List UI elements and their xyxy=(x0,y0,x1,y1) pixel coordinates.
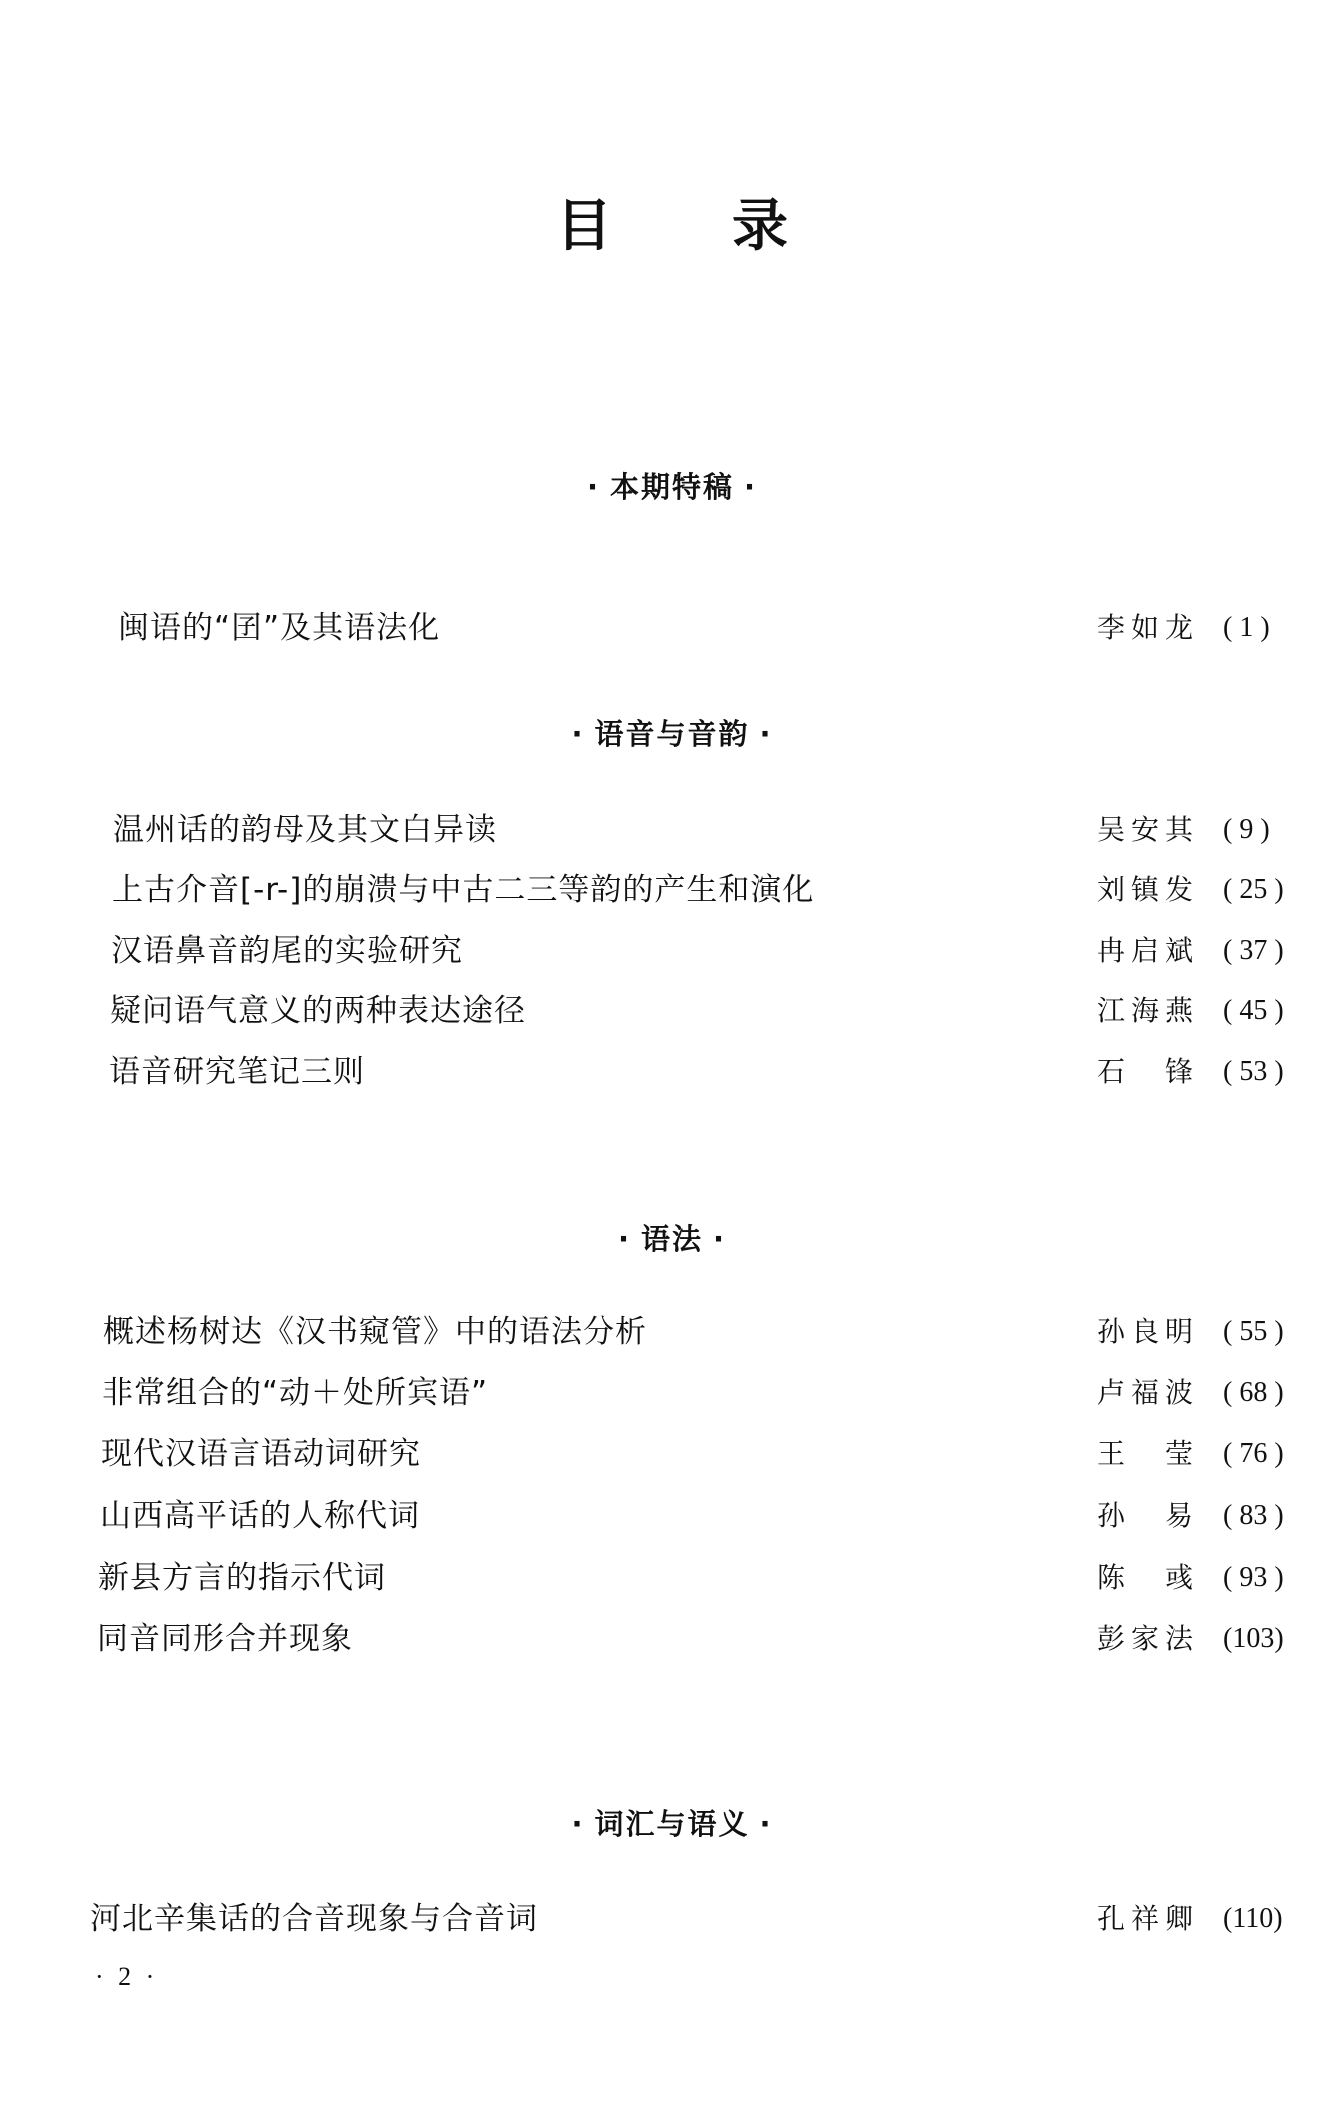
entry-page: (103) xyxy=(1223,1617,1303,1661)
entry-author: 石 锋 xyxy=(1097,1050,1223,1094)
entry-page: (110) xyxy=(1223,1897,1303,1941)
entry-page: ( 68 ) xyxy=(1223,1371,1303,1415)
dot-leader xyxy=(510,1371,1083,1415)
section-heading-label: 语法 xyxy=(641,1222,703,1256)
entry-author: 江海燕 xyxy=(1097,989,1223,1033)
toc-entry[interactable]: 闽语的“囝”及其语法化 李如龙 ( 1 ) xyxy=(118,606,1303,650)
toc-entry[interactable]: 上古介音[-r-]的崩溃与中古二三等韵的产生和演化 刘镇发 ( 25 ) xyxy=(112,868,1303,912)
entry-author: 陈 彧 xyxy=(1097,1556,1223,1600)
section-heading-special: ·本期特稿· xyxy=(0,465,1344,506)
entry-author: 孙 易 xyxy=(1097,1494,1223,1538)
page-title: 目录 xyxy=(0,182,1344,262)
toc-entry[interactable]: 现代汉语言语动词研究 王 莹 ( 76 ) xyxy=(101,1432,1303,1476)
entry-title: 山西高平话的人称代词 xyxy=(100,1494,420,1538)
toc-entry[interactable]: 山西高平话的人称代词 孙 易 ( 83 ) xyxy=(100,1494,1303,1538)
toc-entry[interactable]: 疑问语气意义的两种表达途径 江海燕 ( 45 ) xyxy=(110,989,1303,1033)
dot-leader xyxy=(375,1617,1083,1661)
entry-title: 同音同形合并现象 xyxy=(97,1617,353,1661)
toc-entry[interactable]: 非常组合的“动＋处所宾语” 卢福波 ( 68 ) xyxy=(102,1371,1303,1415)
entry-page: ( 53 ) xyxy=(1223,1050,1303,1094)
entry-page: ( 55 ) xyxy=(1223,1310,1303,1354)
dot-leader xyxy=(519,808,1083,852)
dot-leader xyxy=(387,1050,1083,1094)
toc-entry[interactable]: 温州话的韵母及其文白异读 吴安其 ( 9 ) xyxy=(113,808,1303,852)
entry-title: 上古介音[-r-]的崩溃与中古二三等韵的产生和演化 xyxy=(112,868,814,912)
entry-author: 孙良明 xyxy=(1097,1310,1223,1354)
page-title-char-1: 目 xyxy=(556,182,612,262)
entry-title: 现代汉语言语动词研究 xyxy=(101,1432,421,1476)
entry-page: ( 83 ) xyxy=(1223,1494,1303,1538)
bullet-dot-icon: · xyxy=(744,470,757,504)
bullet-dot-icon: · xyxy=(760,717,773,751)
toc-entry[interactable]: 新县方言的指示代词 陈 彧 ( 93 ) xyxy=(98,1556,1303,1600)
section-heading-label: 本期特稿 xyxy=(610,470,734,504)
entry-title: 非常组合的“动＋处所宾语” xyxy=(102,1371,488,1415)
dot-leader xyxy=(669,1310,1083,1354)
entry-page: ( 45 ) xyxy=(1223,989,1303,1033)
entry-title: 闽语的“囝”及其语法化 xyxy=(118,606,440,650)
dot-leader xyxy=(548,989,1083,1033)
entry-title: 汉语鼻音韵尾的实验研究 xyxy=(111,929,463,973)
entry-author: 刘镇发 xyxy=(1097,868,1223,912)
entry-page: ( 1 ) xyxy=(1223,606,1303,650)
bullet-dot-icon: · xyxy=(587,470,600,504)
entry-page: ( 9 ) xyxy=(1223,808,1303,852)
toc-entry[interactable]: 河北辛集话的合音现象与合音词 孔祥卿 (110) xyxy=(90,1897,1303,1941)
entry-title: 疑问语气意义的两种表达途径 xyxy=(110,989,526,1033)
toc-entry[interactable]: 同音同形合并现象 彭家法 (103) xyxy=(97,1617,1303,1661)
entry-page: ( 76 ) xyxy=(1223,1432,1303,1476)
entry-author: 冉启斌 xyxy=(1097,929,1223,973)
page-number: · 2 · xyxy=(95,1962,158,1992)
entry-author: 吴安其 xyxy=(1097,808,1223,852)
entry-author: 李如龙 xyxy=(1097,606,1223,650)
entry-title: 河北辛集话的合音现象与合音词 xyxy=(90,1897,538,1941)
bullet-dot-icon: · xyxy=(571,717,584,751)
entry-title: 语音研究笔记三则 xyxy=(109,1050,365,1094)
dot-leader xyxy=(462,606,1083,650)
dot-leader xyxy=(442,1494,1083,1538)
bullet-dot-icon: · xyxy=(760,1807,773,1841)
bullet-dot-icon: · xyxy=(571,1807,584,1841)
section-heading-label: 词汇与语义 xyxy=(594,1807,749,1841)
entry-author: 彭家法 xyxy=(1097,1617,1223,1661)
section-heading-lexicon: ·词汇与语义· xyxy=(0,1802,1344,1843)
entry-title: 概述杨树达《汉书窥管》中的语法分析 xyxy=(103,1310,647,1354)
entry-author: 卢福波 xyxy=(1097,1371,1223,1415)
entry-page: ( 93 ) xyxy=(1223,1556,1303,1600)
dot-leader xyxy=(408,1556,1083,1600)
dot-leader xyxy=(560,1897,1083,1941)
entry-title: 新县方言的指示代词 xyxy=(98,1556,386,1600)
bullet-dot-icon: · xyxy=(713,1222,726,1256)
toc-entry[interactable]: 语音研究笔记三则 石 锋 ( 53 ) xyxy=(109,1050,1303,1094)
page-title-char-2: 录 xyxy=(732,182,788,262)
entry-author: 孔祥卿 xyxy=(1097,1897,1223,1941)
bullet-dot-icon: · xyxy=(618,1222,631,1256)
dot-leader xyxy=(836,868,1083,912)
entry-page: ( 25 ) xyxy=(1223,868,1303,912)
dot-leader xyxy=(443,1432,1083,1476)
toc-entry[interactable]: 汉语鼻音韵尾的实验研究 冉启斌 ( 37 ) xyxy=(111,929,1303,973)
section-heading-phonetics: ·语音与音韵· xyxy=(0,712,1344,753)
dot-leader xyxy=(485,929,1083,973)
entry-author: 王 莹 xyxy=(1097,1432,1223,1476)
entry-page: ( 37 ) xyxy=(1223,929,1303,973)
section-heading-label: 语音与音韵 xyxy=(594,717,749,751)
section-heading-grammar: ·语法· xyxy=(0,1217,1344,1258)
toc-entry[interactable]: 概述杨树达《汉书窥管》中的语法分析 孙良明 ( 55 ) xyxy=(103,1310,1303,1354)
entry-title: 温州话的韵母及其文白异读 xyxy=(113,808,497,852)
